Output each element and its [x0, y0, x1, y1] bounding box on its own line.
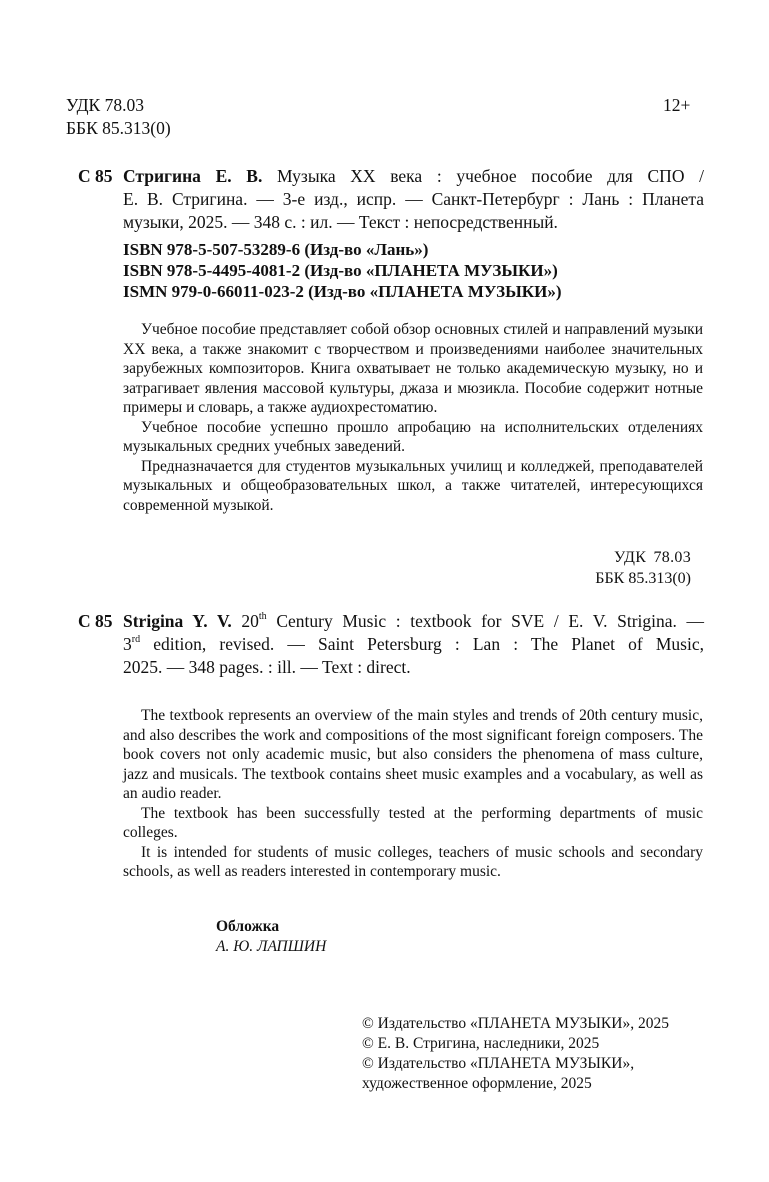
- copyright-line: © Издательство «ПЛАНЕТА МУЗЫКИ»,: [362, 1054, 669, 1074]
- copyright-line: художественное оформление, 2025: [362, 1074, 669, 1094]
- title-text: Музыка XX века : учебное пособие для СПО…: [262, 166, 704, 186]
- annotation-paragraph: It is intended for students of music col…: [123, 843, 703, 882]
- annotation-paragraph: The textbook represents an overview of t…: [123, 706, 703, 804]
- cover-artist: А. Ю. ЛАПШИН: [216, 937, 326, 957]
- cover-credit: Обложка А. Ю. ЛАПШИН: [216, 917, 326, 957]
- entry-line: Стригина Е. В. Музыка XX века : учебное …: [123, 165, 704, 188]
- udk-code: УДК 78.03: [595, 547, 691, 568]
- copyright-line: © Издательство «ПЛАНЕТА МУЗЫКИ», 2025: [362, 1014, 669, 1034]
- entry-line: Strigina Y. V. 20th Century Music : text…: [123, 610, 704, 633]
- entry-line: Е. В. Стригина. — 3-е изд., испр. — Санк…: [123, 188, 704, 211]
- entry-body: Strigina Y. V. 20th Century Music : text…: [123, 610, 704, 679]
- bbk-code: ББК 85.313(0): [595, 568, 691, 589]
- entry-body: Стригина Е. В. Музыка XX века : учебное …: [123, 165, 704, 234]
- bbk-code: ББК 85.313(0): [66, 117, 171, 140]
- annotation-en: The textbook represents an overview of t…: [123, 706, 703, 882]
- entry-line: 2025. — 348 pages. : ill. — Text : direc…: [123, 656, 704, 679]
- entry-line: 3rd edition, revised. — Saint Petersburg…: [123, 633, 704, 656]
- annotation-paragraph: The textbook has been successfully teste…: [123, 804, 703, 843]
- author-name: Strigina Y. V.: [123, 611, 232, 631]
- isbn-list: ISBN 978-5-507-53289-6 (Изд-во «Лань») I…: [123, 239, 562, 302]
- udk-code: УДК 78.03: [66, 94, 171, 117]
- bibliographic-entry-ru: С 85 Стригина Е. В. Музыка XX века : уче…: [78, 165, 704, 234]
- annotation-ru: Учебное пособие представляет собой обзор…: [123, 320, 703, 515]
- isbn-lan: ISBN 978-5-507-53289-6 (Изд-во «Лань»): [123, 239, 562, 260]
- annotation-paragraph: Учебное пособие успешно прошло апробацию…: [123, 418, 703, 457]
- annotation-paragraph: Учебное пособие представляет собой обзор…: [123, 320, 703, 418]
- copyright-notices: © Издательство «ПЛАНЕТА МУЗЫКИ», 2025 © …: [362, 1014, 669, 1094]
- entry-line: музыки, 2025. — 348 с. : ил. — Текст : н…: [123, 211, 704, 234]
- isbn-planeta: ISBN 978-5-4495-4081-2 (Изд-во «ПЛАНЕТА …: [123, 260, 562, 281]
- annotation-paragraph: Предназначается для студентов музыкальны…: [123, 457, 703, 516]
- author-name: Стригина Е. В.: [123, 166, 262, 186]
- copyright-line: © Е. В. Стригина, наследники, 2025: [362, 1034, 669, 1054]
- author-mark: С 85: [78, 165, 123, 234]
- author-mark: С 85: [78, 610, 123, 679]
- ismn-planeta: ISMN 979-0-66011-023-2 (Изд-во «ПЛАНЕТА …: [123, 281, 562, 302]
- header-classification-codes: УДК 78.03 ББК 85.313(0): [66, 94, 171, 140]
- title-text: Century Music : textbook for SVE / E. V.…: [267, 611, 704, 631]
- cover-label: Обложка: [216, 917, 326, 937]
- classification-codes-right: УДК 78.03 ББК 85.313(0): [595, 547, 691, 589]
- age-rating: 12+: [663, 94, 690, 117]
- bibliographic-entry-en: С 85 Strigina Y. V. 20th Century Music :…: [78, 610, 704, 679]
